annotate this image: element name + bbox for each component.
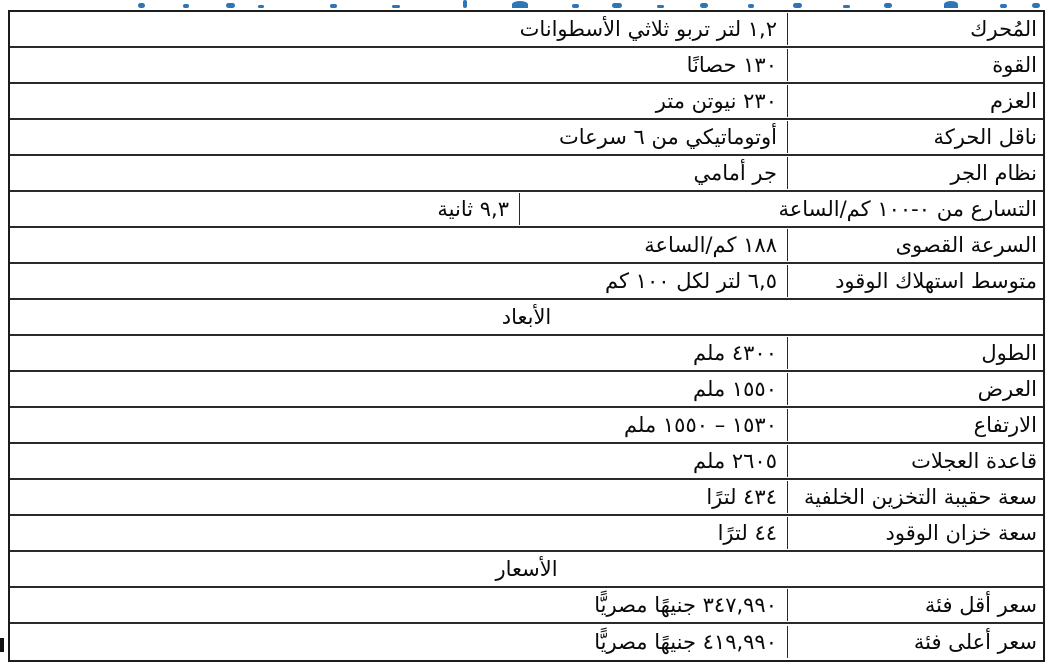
spec-row: ١٨٨ كم/الساعةالسرعة القصوى <box>10 228 1043 264</box>
spec-row: ١٣٠ حصانًاالقوة <box>10 48 1043 84</box>
heading-fragment <box>463 0 467 8</box>
spec-value: جر أمامي <box>10 157 787 189</box>
section-title: الأسعار <box>10 553 1043 585</box>
spec-label: الارتفاع <box>787 409 1043 441</box>
heading-fragment <box>138 3 145 8</box>
section-header-row: الأسعار <box>10 552 1043 588</box>
spec-value: ٢٣٠ نيوتن متر <box>10 85 787 117</box>
heading-fragment <box>748 4 754 8</box>
spec-label: سعر أقل فئة <box>787 589 1043 621</box>
spec-value: ٩,٣ ثانية <box>10 193 519 225</box>
spec-row: ٢٦٠٥ ملمقاعدة العجلات <box>10 444 1043 480</box>
spec-value: ٤٣٠٠ ملم <box>10 337 787 369</box>
spec-value: أوتوماتيكي من ٦ سرعات <box>10 121 787 153</box>
car-spec-table: ١,٢ لتر تربو ثلاثي الأسطواناتالمُحرك١٣٠ … <box>8 10 1045 662</box>
spec-row: ١٥٥٠ ملمالعرض <box>10 372 1043 408</box>
spec-row: ٤٣٠٠ ملمالطول <box>10 336 1043 372</box>
spec-label: سعة خزان الوقود <box>787 517 1043 549</box>
heading-fragment <box>612 3 622 8</box>
spec-row: ٩,٣ ثانيةالتسارع من ٠-١٠٠ كم/الساعة <box>10 192 1043 228</box>
spec-row: ١٥٣٠ – ١٥٥٠ ملمالارتفاع <box>10 408 1043 444</box>
spec-row: ٤٣٤ لترًاسعة حقيبة التخزين الخلفية <box>10 480 1043 516</box>
heading-fragment <box>944 1 958 8</box>
scan-artifact-tick <box>0 638 4 652</box>
heading-fragment <box>392 5 400 8</box>
heading-fragment <box>843 5 850 8</box>
section-title: الأبعاد <box>10 301 1043 333</box>
heading-fragment <box>884 3 892 8</box>
spec-value: ٣٤٧,٩٩٠ جنيهًا مصريًّا <box>10 589 787 621</box>
heading-fragment <box>512 1 528 8</box>
heading-fragment <box>330 4 337 8</box>
heading-fragment <box>657 5 664 8</box>
spec-row: ٣٤٧,٩٩٠ جنيهًا مصريًّاسعر أقل فئة <box>10 588 1043 624</box>
heading-fragment <box>258 5 264 8</box>
spec-value: ١٥٥٠ ملم <box>10 373 787 405</box>
spec-row: ١,٢ لتر تربو ثلاثي الأسطواناتالمُحرك <box>10 12 1043 48</box>
section-header-row: الأبعاد <box>10 300 1043 336</box>
spec-value: ١٥٣٠ – ١٥٥٠ ملم <box>10 409 787 441</box>
heading-fragment <box>226 3 235 8</box>
spec-label: العزم <box>787 85 1043 117</box>
heading-fragment <box>572 4 579 8</box>
spec-label: سعة حقيبة التخزين الخلفية <box>787 481 1043 513</box>
spec-value: ٤٣٤ لترًا <box>10 481 787 513</box>
spec-label: ناقل الحركة <box>787 121 1043 153</box>
heading-fragment <box>1000 4 1007 8</box>
spec-value: ١,٢ لتر تربو ثلاثي الأسطوانات <box>10 13 787 45</box>
heading-fragment <box>700 3 708 8</box>
spec-value: ٤٤ لترًا <box>10 517 787 549</box>
spec-label: قاعدة العجلات <box>787 445 1043 477</box>
spec-row: ٢٣٠ نيوتن مترالعزم <box>10 84 1043 120</box>
spec-label: الطول <box>787 337 1043 369</box>
heading-fragment <box>1032 3 1040 8</box>
spec-label: القوة <box>787 49 1043 81</box>
spec-label: المُحرك <box>787 13 1043 45</box>
spec-row: جر أمامينظام الجر <box>10 156 1043 192</box>
spec-row: ٤٤ لترًاسعة خزان الوقود <box>10 516 1043 552</box>
spec-label: سعر أعلى فئة <box>787 626 1043 658</box>
spec-label: نظام الجر <box>787 157 1043 189</box>
spec-row: ٤١٩,٩٩٠ جنيهًا مصريًّاسعر أعلى فئة <box>10 624 1043 660</box>
spec-label: التسارع من ٠-١٠٠ كم/الساعة <box>519 193 1043 225</box>
spec-label: السرعة القصوى <box>787 229 1043 261</box>
spec-row: أوتوماتيكي من ٦ سرعاتناقل الحركة <box>10 120 1043 156</box>
spec-row: ٦,٥ لتر لكل ١٠٠ كممتوسط استهلاك الوقود <box>10 264 1043 300</box>
spec-value: ١٣٠ حصانًا <box>10 49 787 81</box>
heading-fragment <box>183 4 189 8</box>
spec-value: ٢٦٠٥ ملم <box>10 445 787 477</box>
spec-label: العرض <box>787 373 1043 405</box>
spec-value: ٤١٩,٩٩٠ جنيهًا مصريًّا <box>10 626 787 658</box>
spec-value: ١٨٨ كم/الساعة <box>10 229 787 261</box>
spec-value: ٦,٥ لتر لكل ١٠٠ كم <box>10 265 787 297</box>
heading-fragment <box>793 3 802 8</box>
clipped-blue-heading <box>0 0 1049 9</box>
spec-label: متوسط استهلاك الوقود <box>787 265 1043 297</box>
